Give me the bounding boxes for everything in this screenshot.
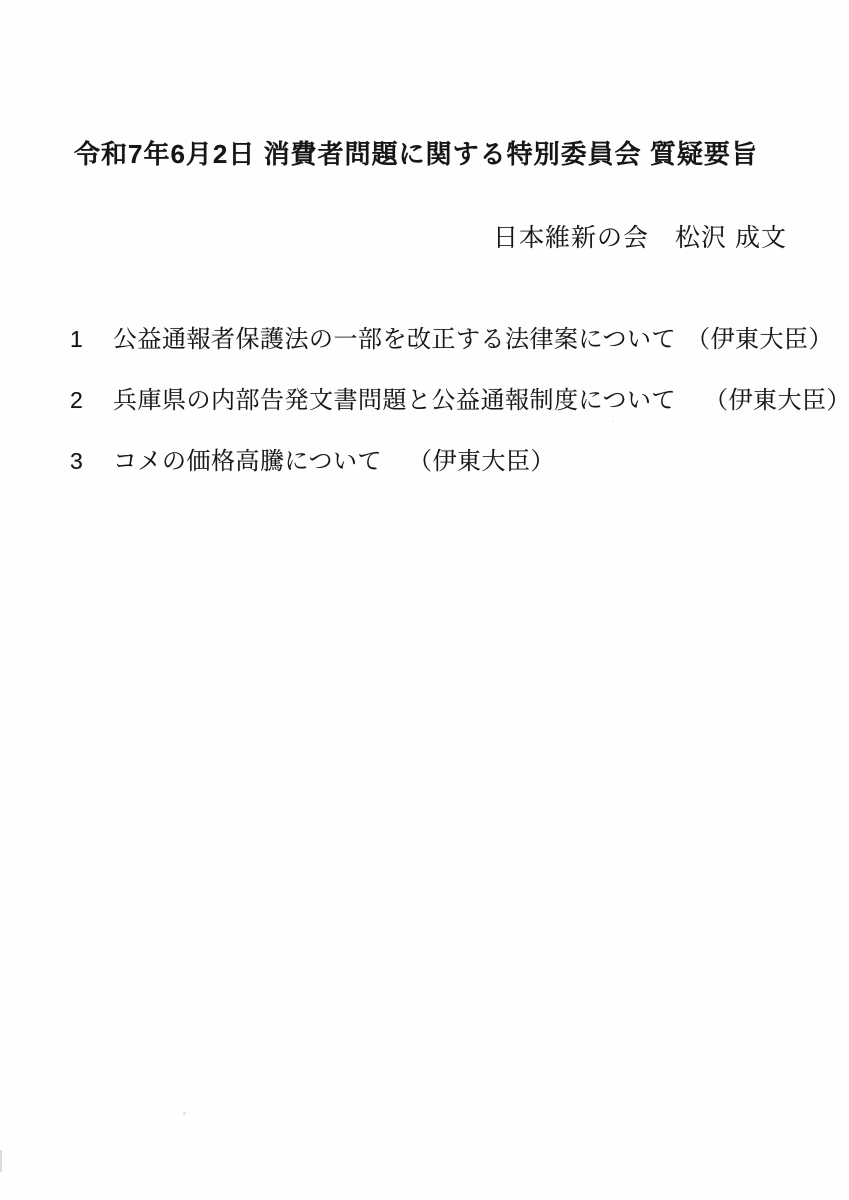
scan-edge-artifact	[0, 1150, 2, 1172]
topic-number: 2	[70, 388, 113, 413]
topic-item: 2 兵庫県の内部告発文書問題と公益通報制度について （伊東大臣）	[70, 388, 819, 413]
topic-respondent: （伊東大臣）	[704, 388, 849, 413]
document-title: 令和7年6月2日 消費者問題に関する特別委員会 質疑要旨	[74, 134, 758, 171]
topic-respondent: （伊東大臣）	[686, 327, 833, 352]
document-page: 令和7年6月2日 消費者問題に関する特別委員会 質疑要旨 日本維新の会 松沢 成…	[0, 0, 849, 1200]
scan-speck	[612, 420, 614, 422]
topic-respondent: （伊東大臣）	[408, 449, 555, 474]
scan-speck	[183, 1112, 186, 1115]
author-byline: 日本維新の会 松沢 成文	[493, 218, 787, 254]
topic-item: 1 公益通報者保護法の一部を改正する法律案について （伊東大臣）	[70, 327, 819, 352]
topic-title: 公益通報者保護法の一部を改正する法律案について	[113, 327, 676, 352]
topic-title: コメの価格高騰について	[113, 449, 382, 474]
topic-title: 兵庫県の内部告発文書問題と公益通報制度について	[113, 388, 676, 413]
topic-number: 1	[70, 327, 113, 352]
topic-number: 3	[70, 449, 113, 474]
topic-list: 1 公益通報者保護法の一部を改正する法律案について （伊東大臣） 2 兵庫県の内…	[70, 327, 819, 474]
topic-item: 3 コメの価格高騰について （伊東大臣）	[70, 449, 819, 474]
